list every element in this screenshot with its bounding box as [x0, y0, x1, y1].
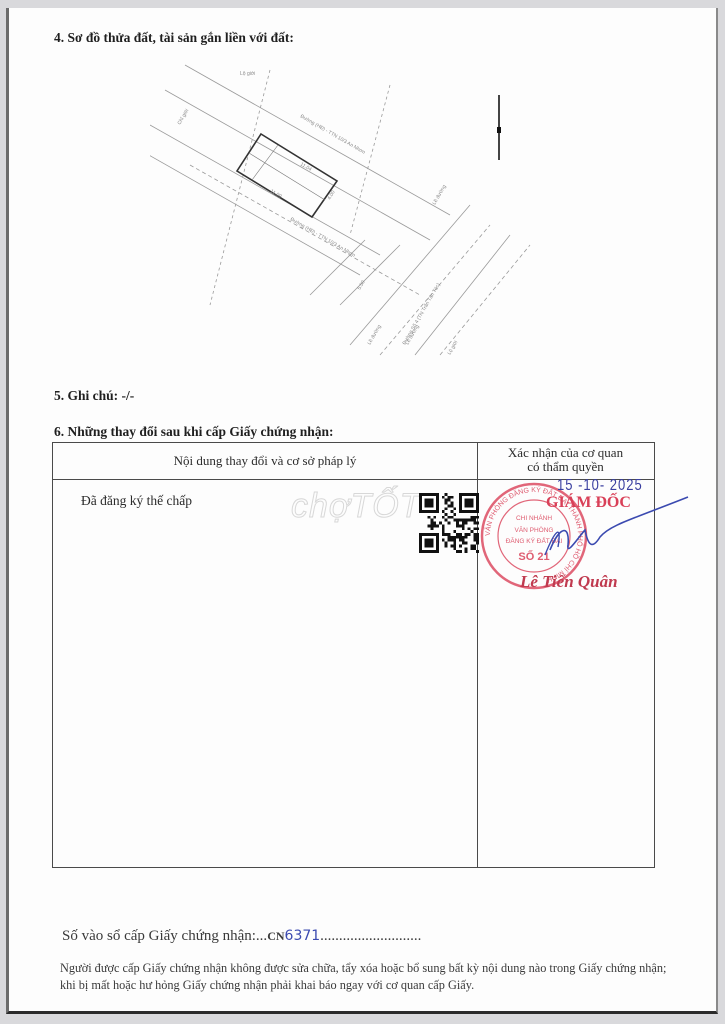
section-4-heading: 4. Sơ đồ thửa đất, tài sản gắn liền với …	[54, 30, 294, 46]
svg-text:5.50: 5.50	[357, 279, 367, 291]
col-header-confirmation: Xác nhận của cơ quan có thẩm quyền	[477, 446, 654, 474]
confirmation-date: 15 -10- 2025	[557, 476, 643, 494]
svg-text:Lộ giới: Lộ giới	[447, 340, 460, 356]
svg-text:Lộ giới: Lộ giới	[240, 71, 255, 77]
signature	[540, 495, 690, 565]
registry-number: 6371	[285, 928, 321, 944]
land-plot-sketch: Đường (HĐ) - TTN 10/3 An Nhơn Đường (HĐ)…	[150, 55, 550, 375]
qr-code	[419, 493, 479, 553]
col-header-content: Nội dung thay đổi và cơ sở pháp lý	[53, 453, 477, 469]
certificate-note: Người được cấp Giấy chứng nhận không đượ…	[60, 960, 680, 994]
svg-text:11.04: 11.04	[299, 162, 313, 173]
registry-number-line: Số vào sổ cấp Giấy chứng nhận:...CN6371.…	[62, 928, 421, 945]
svg-text:4.00: 4.00	[327, 189, 337, 201]
watermark: chợTỐT	[291, 487, 421, 526]
svg-text:Lề đường: Lề đường	[367, 324, 383, 346]
svg-text:Chỉ giới: Chỉ giới	[176, 108, 191, 126]
signer-name: Lê Tiến Quân	[520, 572, 618, 592]
svg-text:Lề đường: Lề đường	[432, 184, 448, 206]
change-entry: Đã đăng ký thế chấp	[81, 493, 192, 509]
section-5-heading: 5. Ghi chú: -/-	[54, 388, 134, 404]
svg-text:Đường (HĐ) - TTN 10/3 An Nhơn: Đường (HĐ) - TTN 10/3 An Nhơn	[299, 114, 366, 156]
section-6-heading: 6. Những thay đổi sau khi cấp Giấy chứng…	[54, 424, 334, 440]
